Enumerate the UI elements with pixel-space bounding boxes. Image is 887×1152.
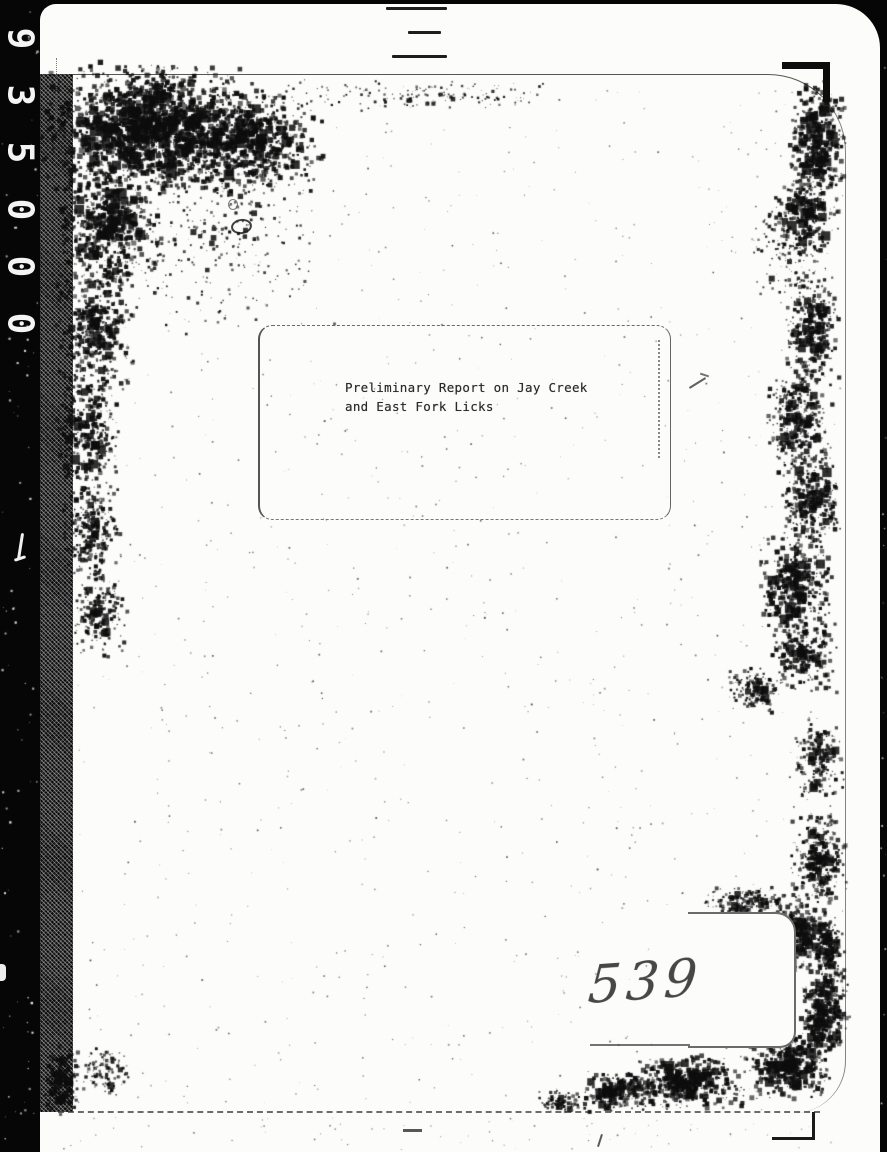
film-digit: 5 <box>0 133 49 173</box>
film-edge-number: 9 3 5 0 0 0 <box>0 10 40 352</box>
handwritten-number: 539 <box>586 948 704 1016</box>
report-title: Preliminary Report on Jay Creek and East… <box>345 378 588 416</box>
film-digit: 0 <box>0 190 49 230</box>
top-right-corner-bracket <box>823 62 830 102</box>
bottom-dash-mark <box>403 1129 422 1132</box>
bottom-right-corner-bracket <box>812 1112 815 1140</box>
cover-bottom-edge <box>58 1111 820 1113</box>
film-digit: 3 <box>0 76 49 116</box>
film-digit: 0 <box>0 247 49 287</box>
vertical-tick-mark <box>56 58 57 130</box>
ring-scan-mark <box>228 199 238 210</box>
label-box-bottom-edge <box>590 1044 690 1046</box>
feed-dash <box>408 31 441 34</box>
film-digit: 0 <box>0 304 49 344</box>
feed-dash <box>386 7 447 10</box>
label-box <box>688 912 796 1048</box>
title-box-inner-line <box>658 340 660 458</box>
report-title-line2: and East Fork Licks <box>345 397 588 416</box>
film-digit: 9 <box>0 19 49 59</box>
film-edge-blob <box>0 964 6 981</box>
bottom-right-corner-bracket <box>772 1137 815 1140</box>
film-strip-hook-mark <box>14 555 26 562</box>
binding-strip <box>40 74 73 1112</box>
title-box: Preliminary Report on Jay Creek and East… <box>258 325 671 520</box>
feed-dash <box>392 55 447 58</box>
report-title-line1: Preliminary Report on Jay Creek <box>345 378 588 397</box>
